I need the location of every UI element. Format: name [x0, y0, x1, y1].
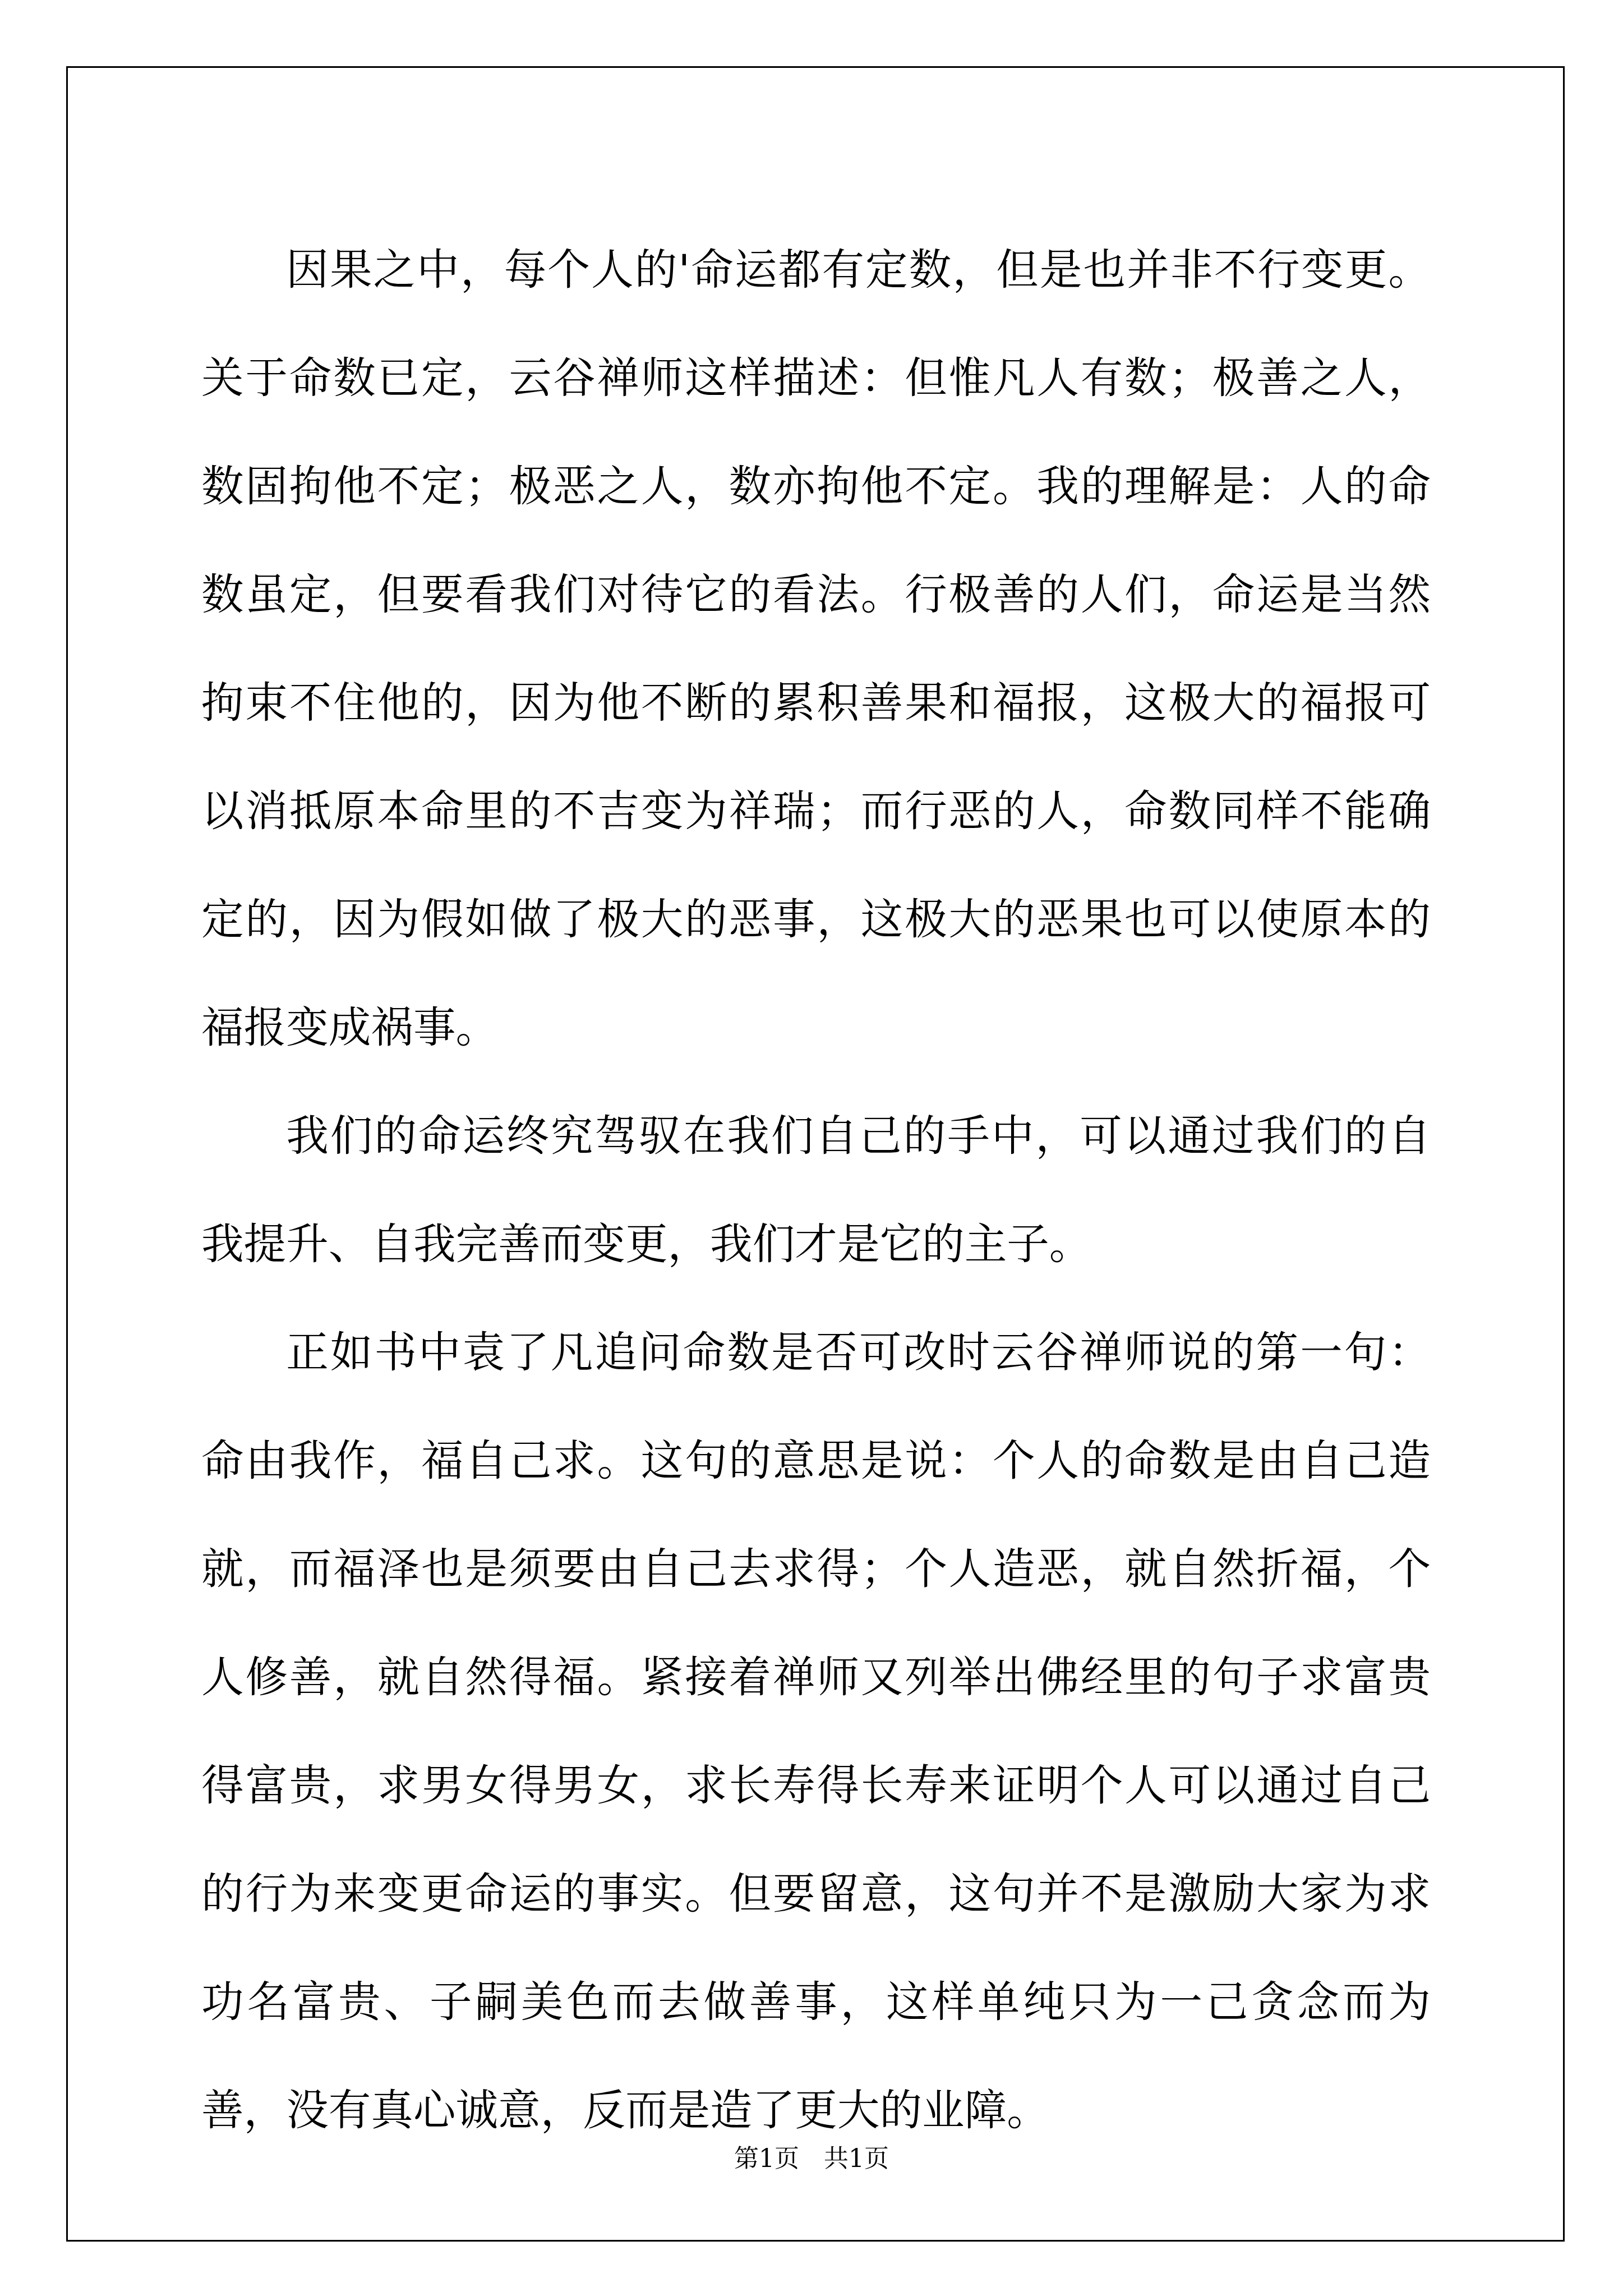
- paragraph: 正如书中袁了凡追问命数是否可改时云谷禅师说的第一句：命由我作，福自己求。这句的意…: [201, 1299, 1431, 2165]
- paragraph: 因果之中，每个人的'命运都有定数，但是也并非不行变更。关于命数已定，云谷禅师这样…: [201, 216, 1431, 1082]
- paragraph: 我们的命运终究驾驭在我们自己的手中，可以通过我们的自我提升、自我完善而变更，我们…: [201, 1082, 1431, 1299]
- page-total: 共1页: [824, 2138, 889, 2174]
- page-number: 第1页: [734, 2138, 799, 2174]
- document-body: 因果之中，每个人的'命运都有定数，但是也并非不行变更。关于命数已定，云谷禅师这样…: [201, 216, 1431, 2165]
- page-footer: 第1页共1页: [0, 2138, 1623, 2174]
